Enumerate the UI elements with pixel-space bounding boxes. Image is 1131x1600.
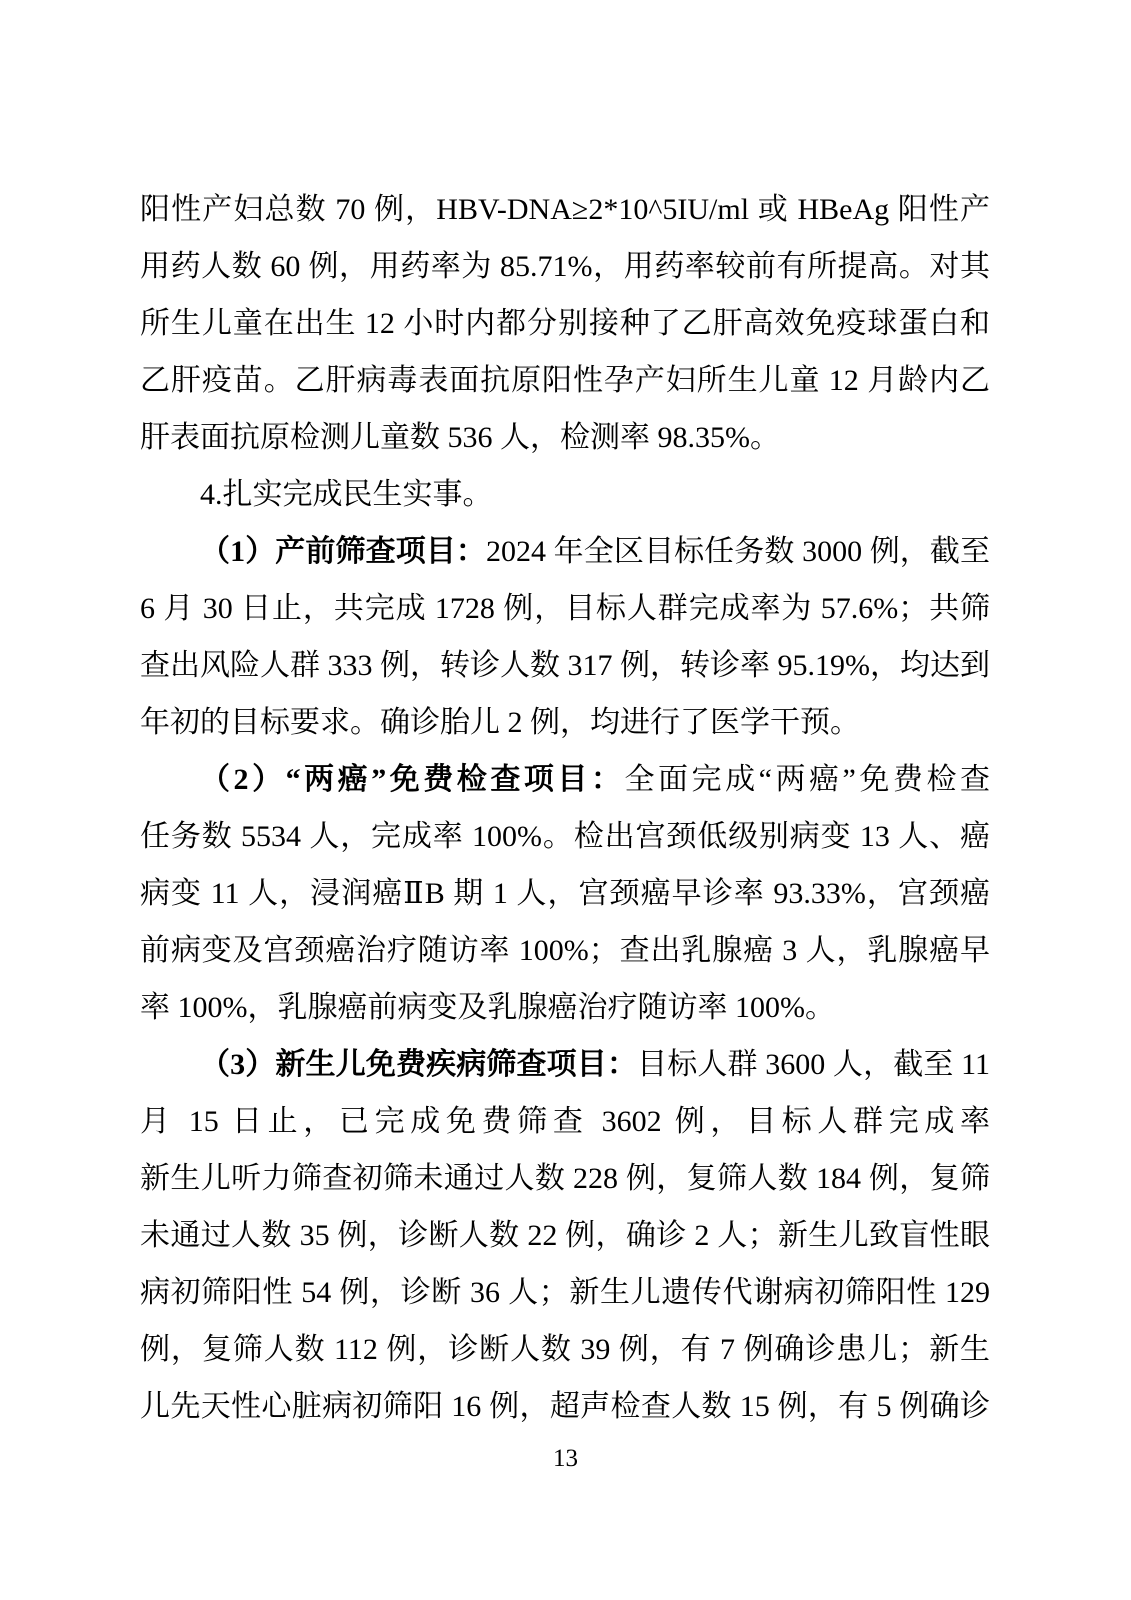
- text-run: 2024 年全区目标任务数 3000 例，截至: [486, 535, 990, 568]
- text-run: 新生儿听力筛查初筛未通过人数 228 例，复筛人数 184 例，复筛: [140, 1162, 990, 1195]
- bold-text-run: （1）产前筛查项目：: [200, 535, 486, 568]
- text-run: 月 15 日止，已完成免费筛查 3602 例，目标人群完成率 100.06%；: [140, 1105, 990, 1150]
- text-line: 病变 11 人，浸润癌ⅡB 期 1 人，宫颈癌早诊率 93.33%，宫颈癌: [140, 865, 990, 922]
- text-run: 例，复筛人数 112 例，诊断人数 39 例，有 7 例确诊患儿；新生: [140, 1333, 990, 1366]
- para-3-newborn-disease-screening: （3）新生儿免费疾病筛查项目：目标人群 3600 人，截至 11月 15 日止，…: [140, 1036, 990, 1435]
- text-run: 病初筛阳性 54 例，诊断 36 人；新生儿遗传代谢病初筛阳性 129: [140, 1276, 990, 1309]
- text-line: 儿先天性心脏病初筛阳 16 例，超声检查人数 15 例，有 5 例确诊: [140, 1378, 990, 1435]
- text-run: 率 100%，乳腺癌前病变及乳腺癌治疗随访率 100%。: [140, 991, 835, 1024]
- text-run: 4.扎实完成民生实事。: [200, 478, 493, 511]
- text-run: 全面完成“两癌”免费检查: [624, 763, 990, 796]
- text-line: 4.扎实完成民生实事。: [140, 466, 990, 523]
- text-line: 所生儿童在出生 12 小时内都分别接种了乙肝高效免疫球蛋白和: [140, 295, 990, 352]
- text-line: 病初筛阳性 54 例，诊断 36 人；新生儿遗传代谢病初筛阳性 129: [140, 1264, 990, 1321]
- text-line: 未通过人数 35 例，诊断人数 22 例，确诊 2 人；新生儿致盲性眼: [140, 1207, 990, 1264]
- text-run: 所生儿童在出生 12 小时内都分别接种了乙肝高效免疫球蛋白和: [140, 307, 990, 340]
- text-run: 儿先天性心脏病初筛阳 16 例，超声检查人数 15 例，有 5 例确诊: [140, 1390, 990, 1423]
- text-run: 目标人群 3600 人，截至 11: [637, 1048, 990, 1081]
- text-line: 任务数 5534 人，完成率 100%。检出宫颈低级别病变 13 人、癌前: [140, 808, 990, 865]
- text-line: 例，复筛人数 112 例，诊断人数 39 例，有 7 例确诊患儿；新生: [140, 1321, 990, 1378]
- text-line: 月 15 日止，已完成免费筛查 3602 例，目标人群完成率 100.06%；: [140, 1093, 990, 1150]
- text-line: （1）产前筛查项目：2024 年全区目标任务数 3000 例，截至: [140, 523, 990, 580]
- para-2-two-cancer-screening: （2）“两癌”免费检查项目：全面完成“两癌”免费检查任务数 5534 人，完成率…: [140, 751, 990, 1036]
- text-run: 前病变及宫颈癌治疗随访率 100%；查出乳腺癌 3 人，乳腺癌早诊: [140, 934, 990, 979]
- text-run: 乙肝疫苗。乙肝病毒表面抗原阳性孕产妇所生儿童 12 月龄内乙: [140, 364, 990, 397]
- text-run: 查出风险人群 333 例，转诊人数 317 例，转诊率 95.19%，均达到: [140, 649, 990, 682]
- text-run: 肝表面抗原检测儿童数 536 人，检测率 98.35%。: [140, 421, 780, 454]
- text-run: 年初的目标要求。确诊胎儿 2 例，均进行了医学干预。: [140, 706, 860, 739]
- text-line: 新生儿听力筛查初筛未通过人数 228 例，复筛人数 184 例，复筛: [140, 1150, 990, 1207]
- text-line: 查出风险人群 333 例，转诊人数 317 例，转诊率 95.19%，均达到: [140, 637, 990, 694]
- text-line: 用药人数 60 例，用药率为 85.71%，用药率较前有所提高。对其: [140, 238, 990, 295]
- text-line: 阳性产妇总数 70 例，HBV-DNA≥2*10^5IU/ml 或 HBeAg …: [140, 181, 990, 238]
- document-body: 阳性产妇总数 70 例，HBV-DNA≥2*10^5IU/ml 或 HBeAg …: [140, 181, 990, 1435]
- text-run: 阳性产妇总数 70 例，HBV-DNA≥2*10^5IU/ml 或 HBeAg …: [140, 193, 990, 238]
- text-run: 6 月 30 日止，共完成 1728 例，目标人群完成率为 57.6%；共筛: [140, 592, 990, 625]
- text-run: 病变 11 人，浸润癌ⅡB 期 1 人，宫颈癌早诊率 93.33%，宫颈癌: [140, 877, 990, 910]
- para-1-prenatal-screening: （1）产前筛查项目：2024 年全区目标任务数 3000 例，截至6 月 30 …: [140, 523, 990, 751]
- text-line: （2）“两癌”免费检查项目：全面完成“两癌”免费检查: [140, 751, 990, 808]
- page-footer: 13: [0, 1444, 1131, 1474]
- text-line: 前病变及宫颈癌治疗随访率 100%；查出乳腺癌 3 人，乳腺癌早诊: [140, 922, 990, 979]
- bold-text-run: （3）新生儿免费疾病筛查项目：: [200, 1048, 637, 1081]
- text-run: 用药人数 60 例，用药率为 85.71%，用药率较前有所提高。对其: [140, 250, 990, 283]
- text-line: 6 月 30 日止，共完成 1728 例，目标人群完成率为 57.6%；共筛: [140, 580, 990, 637]
- para-hbv-positive-mothers: 阳性产妇总数 70 例，HBV-DNA≥2*10^5IU/ml 或 HBeAg …: [140, 181, 990, 466]
- text-line: 乙肝疫苗。乙肝病毒表面抗原阳性孕产妇所生儿童 12 月龄内乙: [140, 352, 990, 409]
- text-run: 任务数 5534 人，完成率 100%。检出宫颈低级别病变 13 人、癌前: [140, 820, 990, 865]
- page-number: 13: [553, 1445, 578, 1472]
- heading-4-minsheng-projects: 4.扎实完成民生实事。: [140, 466, 990, 523]
- text-line: （3）新生儿免费疾病筛查项目：目标人群 3600 人，截至 11: [140, 1036, 990, 1093]
- text-line: 肝表面抗原检测儿童数 536 人，检测率 98.35%。: [140, 409, 990, 466]
- text-line: 年初的目标要求。确诊胎儿 2 例，均进行了医学干预。: [140, 694, 990, 751]
- document-page: 阳性产妇总数 70 例，HBV-DNA≥2*10^5IU/ml 或 HBeAg …: [0, 0, 1131, 1600]
- text-line: 率 100%，乳腺癌前病变及乳腺癌治疗随访率 100%。: [140, 979, 990, 1036]
- text-run: 未通过人数 35 例，诊断人数 22 例，确诊 2 人；新生儿致盲性眼: [140, 1219, 990, 1252]
- bold-text-run: （2）“两癌”免费检查项目：: [200, 763, 624, 796]
